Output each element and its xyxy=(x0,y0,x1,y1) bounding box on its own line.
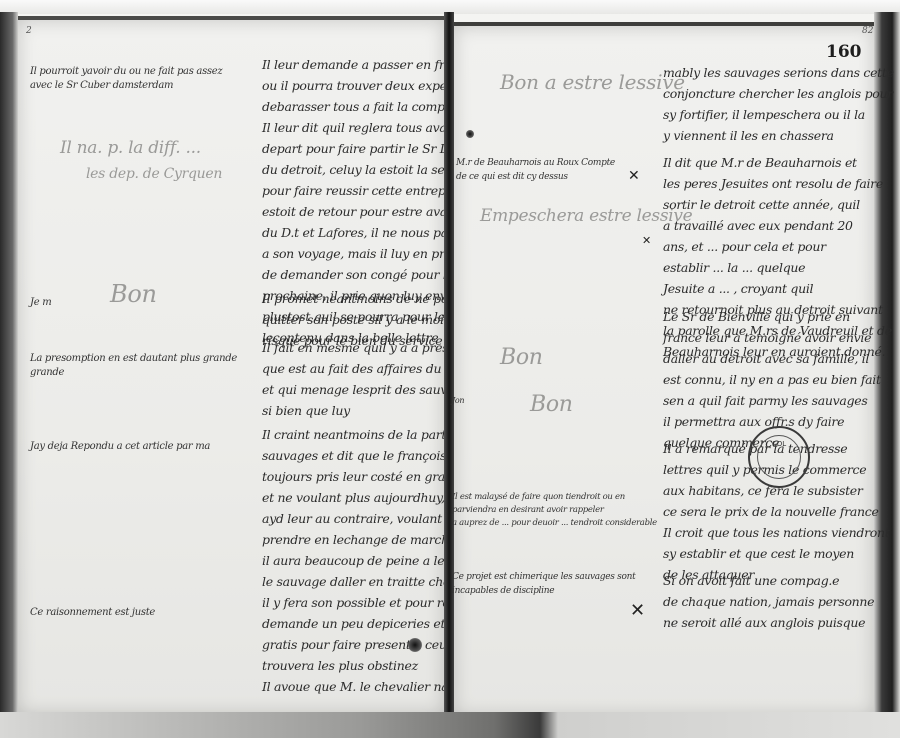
text-line: ne seroit allé aux anglois puisque xyxy=(663,612,865,633)
text-line: Si on avoit fait une compag.e xyxy=(663,570,839,591)
text-line: y viennent il les en chassera xyxy=(663,125,834,146)
cross-mark: ✕ xyxy=(642,234,651,247)
scan-bottom-edge xyxy=(0,712,900,738)
text-line: quitter son poste sil y a le moindre xyxy=(262,309,472,330)
pencil-annotation: Bon a estre lessive xyxy=(500,70,685,94)
text-line: est connu, il ny en a pas eu bien fait xyxy=(663,369,881,390)
text-line: Il dit que M.r de Beauharnois et xyxy=(663,152,857,173)
text-line: daller au detroit avec sa famille, il xyxy=(663,348,869,369)
text-line: et ne voulant plus aujourdhuy, leur xyxy=(262,487,473,508)
text-line: trouvera les plus obstinez xyxy=(262,655,418,676)
text-line: Il croit que tous les nations viendront xyxy=(663,522,889,543)
margin-note: Il pourroit yavoir du ou ne fait pas ass… xyxy=(30,65,222,79)
text-line: sortir le detroit cette année, quil xyxy=(663,194,860,215)
margin-note: avec le Sr Cuber damsterdam xyxy=(30,79,173,93)
margin-note: a auprez de ... pour deuoir ... tendroit… xyxy=(452,516,657,530)
text-line: debarasser tous a fait la compag.e xyxy=(262,96,470,117)
text-line: il permettra aux offr.s dy faire xyxy=(663,411,844,432)
archive-stamp: COL xyxy=(748,426,810,488)
stamp-label: COL xyxy=(772,440,786,448)
pencil-annotation: les dep. de Cyrquen xyxy=(86,166,222,182)
margin-note: La presomption en est dautant plus grand… xyxy=(30,352,237,366)
page-gutter xyxy=(444,12,454,714)
cross-mark: ✕ xyxy=(628,168,640,184)
text-line: Il craint neantmoins de la part de xyxy=(262,424,465,445)
left-binding-edge xyxy=(0,12,18,712)
margin-note: Il est malaysé de faire quon tiendroit o… xyxy=(452,490,625,504)
text-line: si bien que luy xyxy=(262,400,350,421)
text-line: Il promet neantmoins de ne point xyxy=(262,288,464,309)
text-line: ans, et ... pour cela et pour xyxy=(663,236,826,257)
pencil-annotation: Il na. p. la diff. ... xyxy=(60,138,201,158)
pencil-annotation: Bon xyxy=(500,345,543,370)
text-line: mably les sauvages serions dans cette xyxy=(663,62,894,83)
pencil-annotation: Bon xyxy=(110,280,157,308)
left-corner-mark: 2 xyxy=(26,26,32,36)
text-line: sen a quil fait parmy les sauvages xyxy=(663,390,868,411)
text-line: sy fortifier, il lempeschera ou il la xyxy=(663,104,865,125)
margin-note: M.r de Beauharnois au Roux Compte xyxy=(456,156,615,170)
margin-note: Jay deja Repondu a cet article par ma xyxy=(30,440,210,454)
margin-note: Ce raisonnement est juste xyxy=(30,606,155,620)
text-line: les peres Jesuites ont resolu de faire xyxy=(663,173,883,194)
margin-note: de ce qui est dit cy dessus xyxy=(456,170,568,184)
text-line: Il leur demande a passer en france xyxy=(262,54,473,75)
pencil-annotation: Bon xyxy=(530,392,573,417)
margin-note: Jon xyxy=(452,394,464,408)
folio-number: 160 xyxy=(826,42,862,62)
text-line: conjoncture chercher les anglois pour xyxy=(663,83,893,104)
text-line: france leur a temoigné avoir envie xyxy=(663,327,871,348)
text-line: ce sera le prix de la nouvelle france xyxy=(663,501,879,522)
text-line: a son voyage, mais il luy en promit xyxy=(262,243,472,264)
manuscript-scan: 2 Il pourroit yavoir du ou ne fait pas a… xyxy=(0,0,900,738)
cross-mark: ✕ xyxy=(630,600,645,621)
margin-note: Je m xyxy=(30,296,51,310)
text-line: establir ... la ... quelque xyxy=(663,257,805,278)
text-line: que est au fait des affaires du haut xyxy=(262,358,472,379)
text-line: a travaillé avec eux pendant 20 xyxy=(663,215,853,236)
margin-note: parviendra en desirant avoir rappeler xyxy=(452,503,604,517)
ink-blot xyxy=(466,130,474,138)
right-binding-edge xyxy=(874,12,900,712)
text-line: de chaque nation, jamais personne xyxy=(663,591,874,612)
text-line: Le Sr de Bienville qui y prie en xyxy=(663,306,850,327)
ink-blot xyxy=(408,638,422,652)
right-corner-mark: 82 xyxy=(862,26,873,36)
margin-note: Ce projet est chimerique les sauvages so… xyxy=(452,570,635,584)
text-line: sy establir et que cest le moyen xyxy=(663,543,854,564)
pencil-annotation: Empeschera estre lessive xyxy=(480,206,692,226)
text-line: Jesuite a ... , croyant quil xyxy=(663,278,813,299)
margin-note: grande xyxy=(30,366,64,380)
margin-note: incapables de discipline xyxy=(452,584,554,598)
